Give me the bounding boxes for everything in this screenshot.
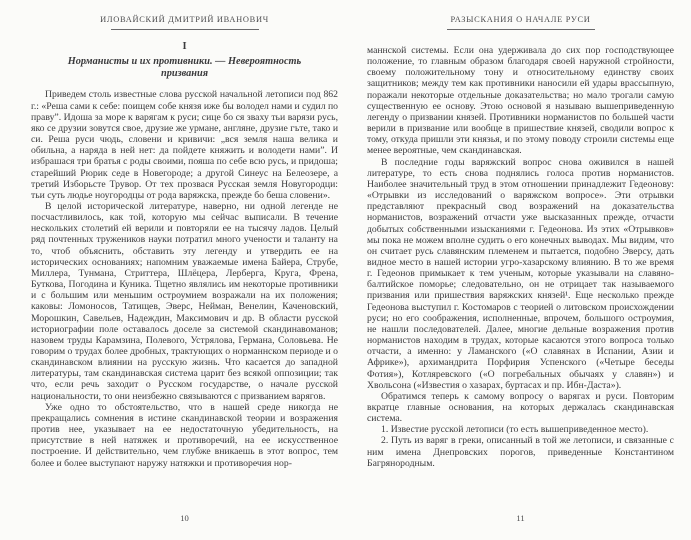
page-number-left: 10 <box>31 513 338 523</box>
right-page: РАЗЫСКАНИЯ О НАЧАЛЕ РУСИ маннской систем… <box>367 0 674 540</box>
paragraph: В последние годы варяжский вопрос снова … <box>367 157 674 391</box>
list-item: 1. Известие русской летописи (то есть вы… <box>367 424 674 435</box>
page-number-right: 11 <box>367 513 674 523</box>
left-page: ИЛОВАЙСКИЙ ДМИТРИЙ ИВАНОВИЧ I Норманисты… <box>31 0 338 540</box>
list-item: 2. Путь из варяг в греки, описанный в то… <box>367 435 674 468</box>
running-title-right: РАЗЫСКАНИЯ О НАЧАЛЕ РУСИ <box>367 15 674 24</box>
chapter-title: Норманисты и их противники. — Невероятно… <box>46 56 324 80</box>
chapter-number: I <box>31 41 338 52</box>
header-rule-left <box>111 29 259 30</box>
paragraph: Обратимся теперь к самому вопросу о варя… <box>367 391 674 424</box>
paragraph: Приведем столь известные слова русской н… <box>31 89 338 201</box>
paragraph: В целой исторической литературе, наверно… <box>31 201 338 402</box>
right-page-body: маннской системы. Если она удерживала до… <box>367 45 674 469</box>
running-title-left: ИЛОВАЙСКИЙ ДМИТРИЙ ИВАНОВИЧ <box>31 15 338 24</box>
book-spread: ИЛОВАЙСКИЙ ДМИТРИЙ ИВАНОВИЧ I Норманисты… <box>0 0 691 540</box>
left-page-body: Приведем столь известные слова русской н… <box>31 89 338 468</box>
header-rule-right <box>447 29 595 30</box>
paragraph-continuation: маннской системы. Если она удерживала до… <box>367 45 674 157</box>
paragraph: Уже одно то обстоятельство, что в нашей … <box>31 402 338 469</box>
